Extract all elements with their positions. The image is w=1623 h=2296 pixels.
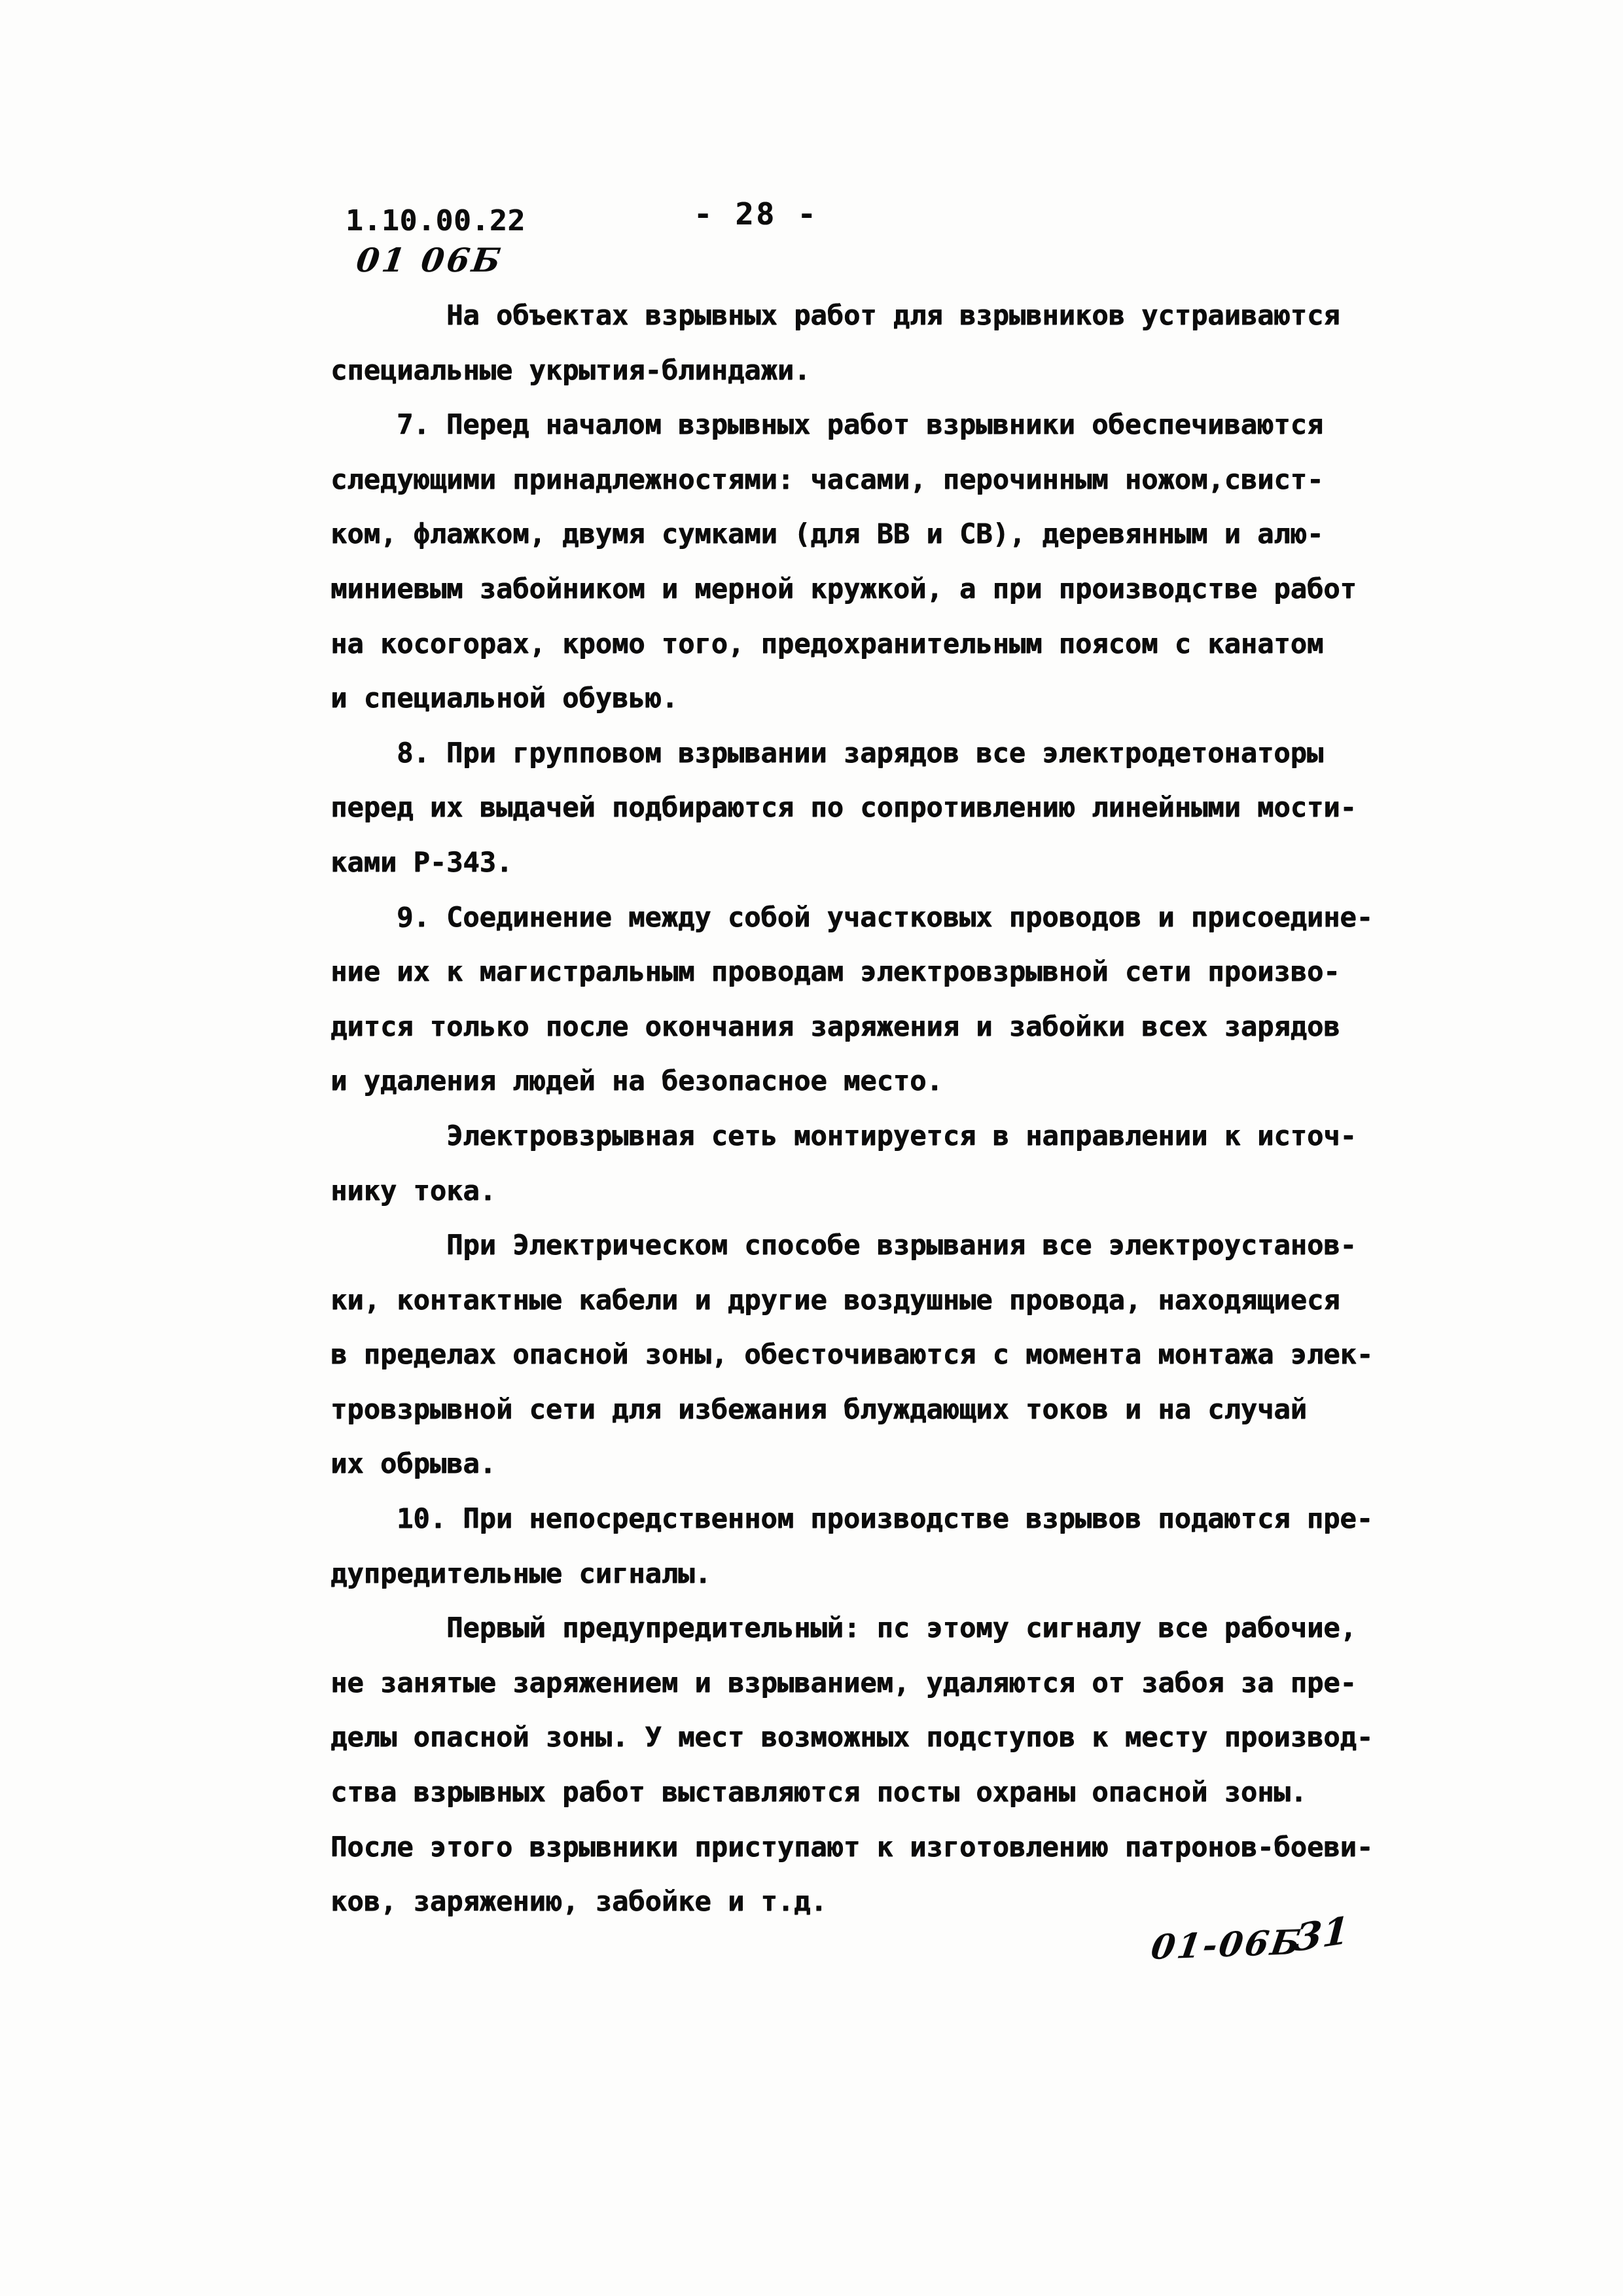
text-line: ства взрывных работ выставляются посты о… <box>330 1765 1391 1820</box>
text-line: ками Р-343. <box>330 835 1391 890</box>
text-line: следующими принадлежностями: часами, пер… <box>330 452 1391 507</box>
text-line: При Электрическом способе взрывания все … <box>330 1218 1391 1273</box>
text-line: и удаления людей на безопасное место. <box>330 1053 1391 1108</box>
text-line: ки, контактные кабели и другие воздушные… <box>330 1273 1391 1328</box>
text-line: дупредительные сигналы. <box>330 1546 1391 1601</box>
text-line: ком, флажком, двумя сумками (для ВВ и СВ… <box>330 506 1391 561</box>
text-line: и специальной обувью. <box>330 671 1391 726</box>
text-line: ков, заряжению, забойке и т.д. <box>330 1874 1391 1929</box>
text-line: 9. Соединение между собой участковых про… <box>330 890 1391 945</box>
text-line: на косогорах, кромо того, предохранитель… <box>330 616 1391 671</box>
text-line: Первый предупредительный: пс этому сигна… <box>330 1600 1391 1655</box>
page-number: - 28 - <box>694 196 818 232</box>
text-line: На объектах взрывных работ для взрывнико… <box>330 288 1391 343</box>
text-line: 7. Перед началом взрывных работ взрывник… <box>330 397 1391 452</box>
text-line: делы опасной зоны. У мест возможных подс… <box>330 1710 1391 1765</box>
text-line: их обрыва. <box>330 1436 1391 1491</box>
text-line: специальные укрытия-блиндажи. <box>330 343 1391 398</box>
text-line: не занятые заряжением и взрыванием, удал… <box>330 1655 1391 1710</box>
body-text: На объектах взрывных работ для взрывнико… <box>330 288 1391 1929</box>
text-line: Электровзрывная сеть монтируется в напра… <box>330 1108 1391 1163</box>
text-line: После этого взрывники приступают к изгот… <box>330 1820 1391 1875</box>
text-line: тровзрывной сети для избежания блуждающи… <box>330 1382 1391 1437</box>
text-line: дится только после окончания заряжения и… <box>330 999 1391 1054</box>
handwritten-page-bottom: 31 <box>1294 1908 1350 1960</box>
handwritten-code-bottom: 01-06Б <box>1149 1922 1305 1968</box>
text-line: миниевым забойником и мерной кружкой, а … <box>330 561 1391 616</box>
text-line: перед их выдачей подбираются по сопротив… <box>330 780 1391 835</box>
handwritten-code-top: 01 06Б <box>354 241 506 279</box>
text-line: 10. При непосредственном производстве вз… <box>330 1491 1391 1546</box>
document-page: 1.10.00.22 01 06Б - 28 - На объектах взр… <box>0 0 1623 2296</box>
text-line: нику тока. <box>330 1163 1391 1218</box>
text-line: в пределах опасной зоны, обесточиваются … <box>330 1327 1391 1382</box>
doc-code: 1.10.00.22 <box>346 204 526 238</box>
text-line: ние их к магистральным проводам электров… <box>330 944 1391 999</box>
text-line: 8. При групповом взрывании зарядов все э… <box>330 726 1391 781</box>
